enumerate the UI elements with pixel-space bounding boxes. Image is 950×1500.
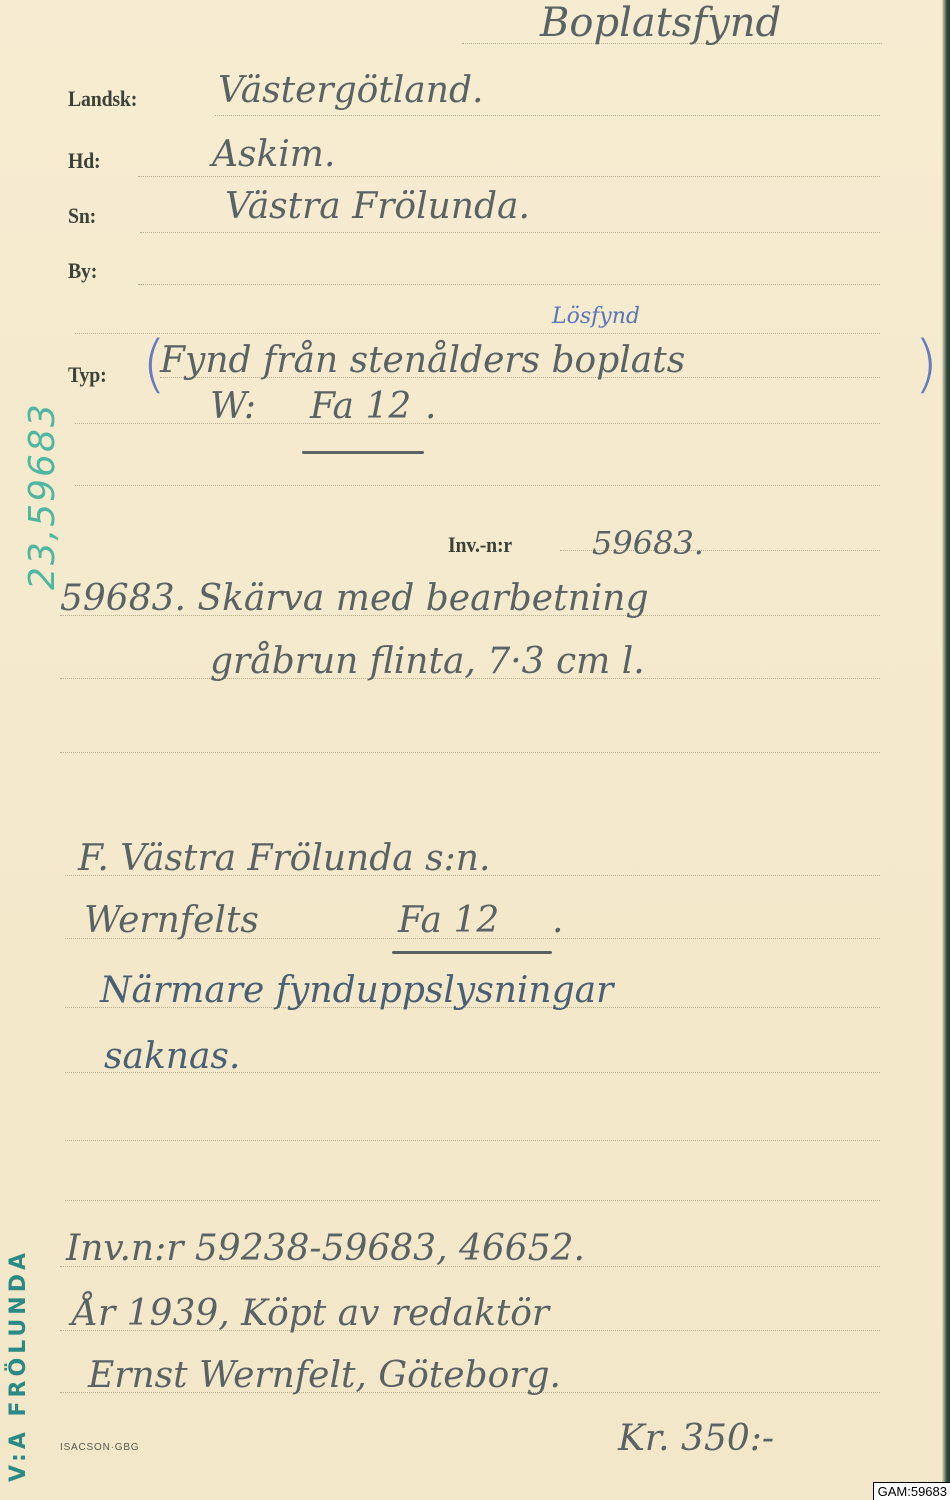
typ-value-line2-ref: Fa 12 [310,386,411,427]
dotted-rule [215,115,880,116]
card-edge [942,0,950,1500]
typ-annotation: Lösfynd [552,304,640,329]
margin-number: 23,59683 [22,402,63,590]
location-stamp: V:A FRÖLUNDA [6,1249,31,1482]
acquisition-price: Kr. 350:- [618,1418,774,1459]
dotted-rule [75,423,880,424]
dotted-rule [138,176,880,177]
description-line1: 59683. Skärva med bearbetning [60,578,649,619]
typ-close-paren: ) [914,327,938,400]
sn-label: Sn: [68,203,96,229]
description-line2: gråbrun flinta, 7·3 cm l. [210,641,645,682]
dotted-rule [75,333,880,334]
typ-label: Typ: [68,362,107,388]
acquisition-line1: Inv.n:r 59238-59683, 46652. [66,1228,585,1269]
sn-value: Västra Frölunda. [225,186,530,227]
inv-nr-value: 59683. [592,524,704,562]
typ-value-line1: Fynd från stenålders boplats [160,340,685,381]
provenance-line2-suffix: . [552,900,563,941]
by-label: By: [68,258,97,284]
dotted-rule [140,232,880,233]
typ-ref-underline [302,451,424,454]
catalog-tag: GAM:59683 [873,1482,950,1500]
provenance-line3: Närmare fynduppslysningar [100,970,613,1011]
landsk-label: Landsk: [68,86,137,112]
printer-mark: ISACSON·GBG [60,1442,139,1453]
header-category: Boplatsfynd [540,0,781,46]
provenance-line4: saknas. [104,1036,240,1077]
inv-nr-label: Inv.-n:r [448,532,512,558]
acquisition-line3: Ernst Wernfelt, Göteborg. [88,1355,561,1396]
provenance-line1: F. Västra Frölunda s:n. [78,838,490,879]
dotted-rule [65,1140,880,1141]
acquisition-line2: År 1939, Köpt av redaktör [72,1293,549,1334]
landsk-value: Västergötland. [218,70,483,111]
dotted-rule [65,1200,880,1201]
provenance-ref-underline [392,951,552,954]
hd-label: Hd: [68,148,100,174]
dotted-rule [138,284,880,285]
dotted-rule [60,752,880,753]
dotted-rule [75,485,880,486]
catalogue-card: Boplatsfynd Landsk: Västergötland. Hd: A… [0,0,950,1500]
typ-value-line2-prefix: W: [210,386,256,427]
typ-value-line2-suffix: . [425,386,436,427]
provenance-line2-prefix: Wernfelts [84,900,259,941]
provenance-line2-ref: Fa 12 [398,900,499,941]
hd-value: Askim. [212,134,335,175]
